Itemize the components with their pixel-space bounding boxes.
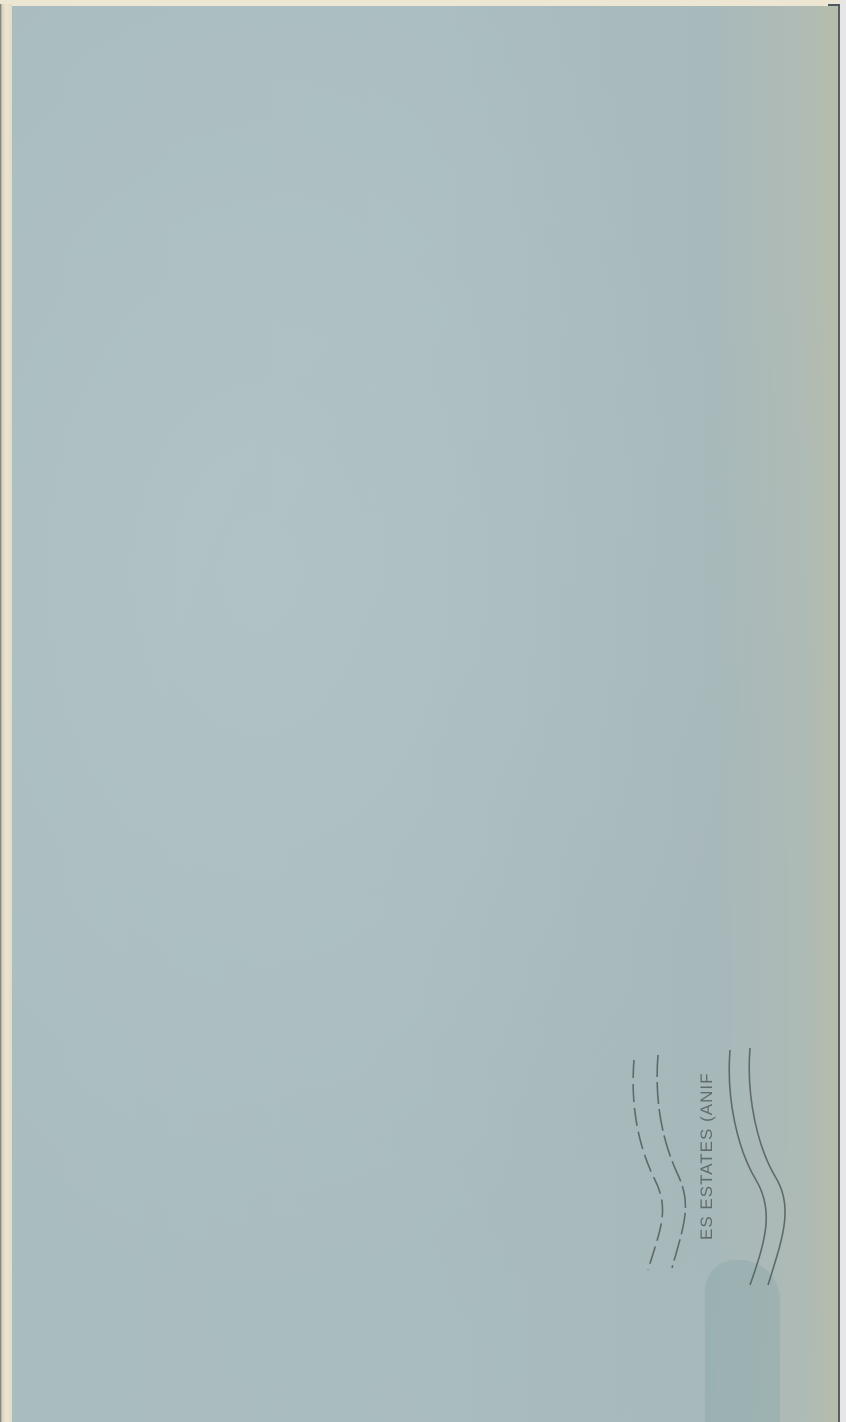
- book-spine-edge: [0, 4, 12, 1422]
- postmark-text: ES ESTATES (ANIF: [697, 1073, 717, 1240]
- cover-worn-edge: [808, 6, 838, 1422]
- scan-right-shadow: [838, 6, 840, 1422]
- scanned-page: ES ESTATES (ANIF: [0, 0, 840, 1422]
